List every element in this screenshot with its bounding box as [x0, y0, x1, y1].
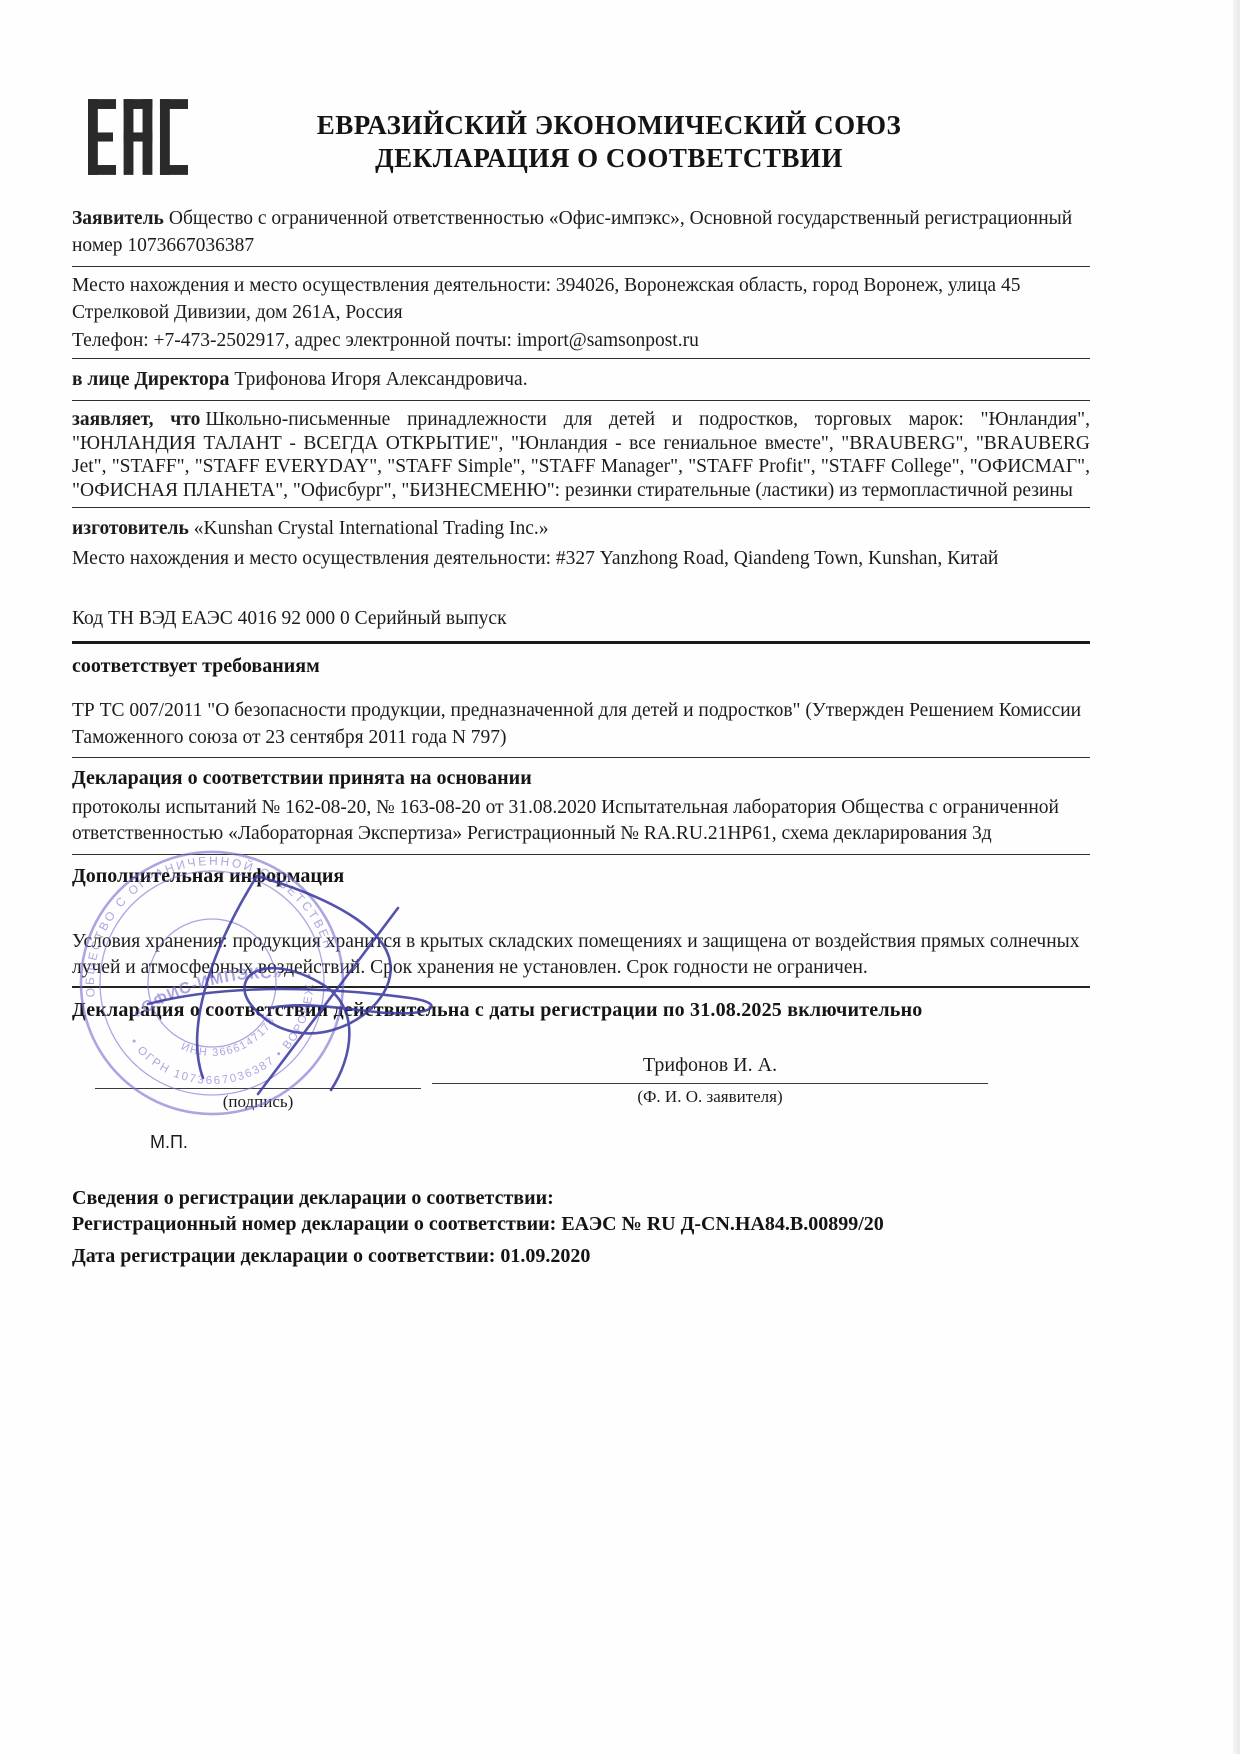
declares-paragraph: заявляет, чтоШкольно-письменные принадле…: [72, 408, 1090, 508]
regulation-paragraph: ТР ТС 007/2011 "О безопасности продукции…: [72, 697, 1090, 758]
document-header: ЕВРАЗИЙСКИЙ ЭКОНОМИЧЕСКИЙ СОЮЗ ДЕКЛАРАЦИ…: [72, 93, 1090, 181]
signature-left-column: (подпись): [95, 1088, 421, 1113]
declaration-title: ДЕКЛАРАЦИЯ О СООТВЕТСТВИИ: [188, 142, 1030, 175]
director-paragraph: в лице ДиректораТрифонова Игоря Александ…: [72, 366, 1090, 401]
signature-line: [95, 1088, 421, 1089]
basis-heading: Декларация о соответствии принята на осн…: [72, 765, 1090, 792]
applicant-label: Заявитель: [72, 208, 164, 229]
applicant-paragraph: ЗаявительОбщество с ограниченной ответст…: [72, 205, 1090, 267]
customs-code-line: Код ТН ВЭД ЕАЭС 4016 92 000 0 Серийный в…: [72, 605, 1090, 644]
signer-caption: (Ф. И. О. заявителя): [432, 1086, 988, 1108]
manufacturer-address: Место нахождения и место осуществления д…: [72, 545, 1090, 572]
declaration-document-page: ЕВРАЗИЙСКИЙ ЭКОНОМИЧЕСКИЙ СОЮЗ ДЕКЛАРАЦИ…: [0, 0, 1240, 1754]
signer-name-line: [432, 1083, 988, 1084]
manufacturer-label: изготовитель: [72, 518, 189, 539]
storage-paragraph: Условия хранения: продукция хранится в к…: [72, 929, 1090, 988]
applicant-address: Место нахождения и место осуществления д…: [72, 272, 1090, 326]
signature-right-column: Трифонов И. А. (Ф. И. О. заявителя): [432, 1052, 988, 1108]
basis-paragraph: протоколы испытаний № 162-08-20, № 163-0…: [72, 795, 1090, 855]
manufacturer-paragraph: изготовитель«Kunshan Crystal Internation…: [72, 515, 1090, 542]
applicant-text: Общество с ограниченной ответственностью…: [72, 208, 1072, 256]
signer-name: Трифонов И. А.: [432, 1052, 988, 1078]
additional-info-heading: Дополнительная информация: [72, 863, 1090, 890]
signature-block: (подпись) М.П. Трифонов И. А. (Ф. И. О. …: [72, 1024, 1090, 1184]
registration-number-line: Регистрационный номер декларации о соотв…: [72, 1212, 1090, 1236]
registration-block: Сведения о регистрации декларации о соот…: [72, 1186, 1090, 1268]
union-title: ЕВРАЗИЙСКИЙ ЭКОНОМИЧЕСКИЙ СОЮЗ: [188, 109, 1030, 142]
seal-place-label: М.П.: [150, 1132, 188, 1153]
registration-info-heading: Сведения о регистрации декларации о соот…: [72, 1186, 1090, 1210]
declares-label: заявляет, что: [72, 409, 200, 430]
director-name: Трифонова Игоря Александровича.: [234, 369, 527, 390]
registration-date-line: Дата регистрации декларации о соответств…: [72, 1244, 1090, 1268]
declares-text: Школьно-письменные принадлежности для де…: [72, 409, 1090, 501]
complies-heading: соответствует требованиям: [72, 653, 1090, 680]
eac-mark-icon: [88, 93, 188, 181]
document-titles: ЕВРАЗИЙСКИЙ ЭКОНОМИЧЕСКИЙ СОЮЗ ДЕКЛАРАЦИ…: [188, 93, 1090, 175]
signature-caption: (подпись): [95, 1091, 421, 1113]
manufacturer-name: «Kunshan Crystal International Trading I…: [194, 518, 549, 539]
scan-edge-artifact: [1233, 0, 1240, 1754]
applicant-phone: Телефон: +7-473-2502917, адрес электронн…: [72, 327, 1090, 359]
validity-heading: Декларация о соответствии действительна …: [72, 997, 1090, 1024]
director-label: в лице Директора: [72, 369, 229, 390]
document-content: ЕВРАЗИЙСКИЙ ЭКОНОМИЧЕСКИЙ СОЮЗ ДЕКЛАРАЦИ…: [72, 0, 1090, 1268]
